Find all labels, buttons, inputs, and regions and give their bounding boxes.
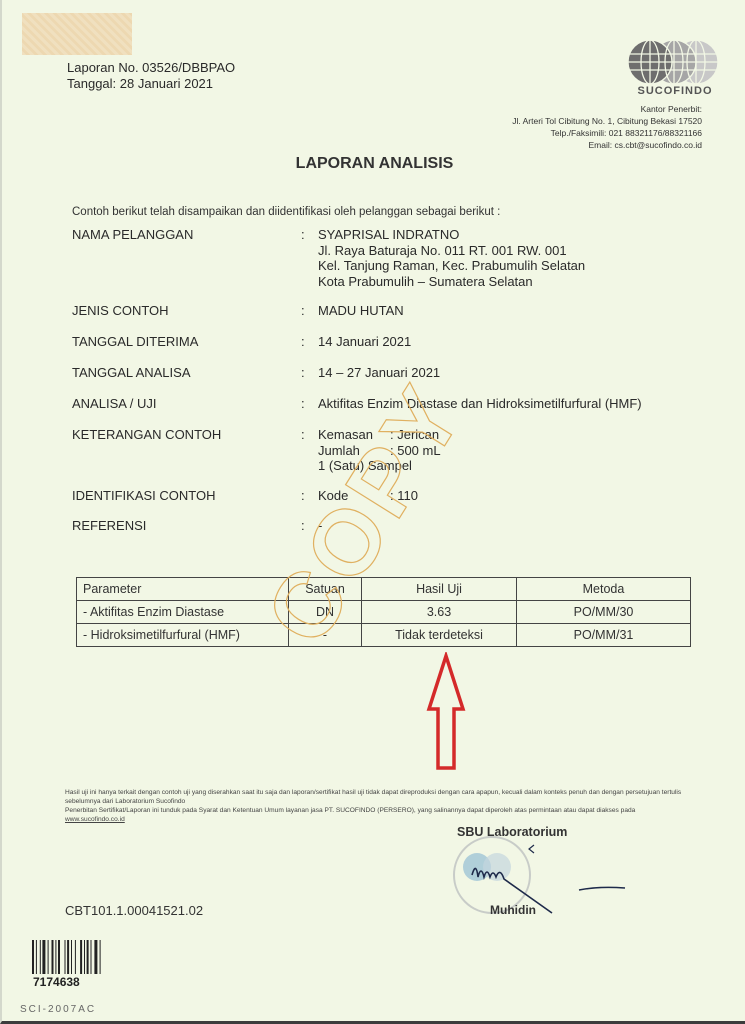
- disclaimer-line-1: Hasil uji ini hanya terkait dengan conto…: [65, 788, 695, 806]
- cell-method: PO/MM/30: [517, 601, 691, 624]
- form-code: SCI-2007AC: [20, 1004, 96, 1015]
- field-value: SYAPRISAL INDRATNO Jl. Raya Baturaja No.…: [318, 227, 585, 289]
- security-stamp: [22, 13, 132, 55]
- report-date: Tanggal: 28 Januari 2021: [67, 76, 235, 92]
- red-up-arrow-icon: [424, 652, 468, 772]
- table-header-row: Parameter Satuan Hasil Uji Metoda: [77, 578, 691, 601]
- amount-value: : 500 mL: [390, 443, 441, 459]
- cell-unit: -: [289, 624, 362, 647]
- report-page: Laporan No. 03526/DBBPAO Tanggal: 28 Jan…: [0, 0, 745, 1024]
- field-value: MADU HUTAN: [318, 303, 404, 319]
- colon: :: [301, 334, 305, 349]
- header-result: Hasil Uji: [362, 578, 517, 601]
- colon: :: [301, 227, 305, 242]
- colon: :: [301, 488, 305, 503]
- brand-name: SUCOFINDO: [616, 85, 734, 97]
- colon: :: [301, 396, 305, 411]
- field-value: 14 – 27 Januari 2021: [318, 365, 440, 381]
- colon: :: [301, 518, 305, 533]
- sample-count: 1 (Satu) Sampel: [318, 458, 441, 474]
- sucofindo-website-link[interactable]: www.sucofindo.co.id: [65, 816, 125, 823]
- colon: :: [301, 365, 305, 380]
- packaging-key: Kemasan: [318, 427, 390, 443]
- field-value: -: [318, 518, 322, 534]
- signer-name: Muhidin: [490, 903, 536, 917]
- amount-key: Jumlah: [318, 443, 390, 459]
- results-table: Parameter Satuan Hasil Uji Metoda - Akti…: [76, 577, 691, 647]
- header-unit: Satuan: [289, 578, 362, 601]
- field-label: KETERANGAN CONTOH: [72, 427, 221, 442]
- field-value: Aktifitas Enzim Diastase dan Hidroksimet…: [318, 396, 642, 412]
- customer-address-2: Kel. Tanjung Raman, Kec. Prabumulih Sela…: [318, 258, 585, 274]
- office-email: Email: cs.cbt@sucofindo.co.id: [512, 139, 702, 151]
- customer-address-3: Kota Prabumulih – Sumatera Selatan: [318, 274, 585, 290]
- field-label: NAMA PELANGGAN: [72, 227, 193, 242]
- header-parameter: Parameter: [77, 578, 289, 601]
- cell-result: Tidak terdeteksi: [362, 624, 517, 647]
- table-row: - Hidroksimetilfurfural (HMF) - Tidak te…: [77, 624, 691, 647]
- colon: :: [301, 303, 305, 318]
- signature-flourish: [577, 884, 627, 894]
- field-label: IDENTIFIKASI CONTOH: [72, 488, 216, 503]
- field-value: 14 Januari 2021: [318, 334, 411, 350]
- report-header: Laporan No. 03526/DBBPAO Tanggal: 28 Jan…: [67, 60, 235, 92]
- page-title: LAPORAN ANALISIS: [2, 155, 745, 173]
- field-label: REFERENSI: [72, 518, 146, 533]
- field-value: Kemasan: Jerican Jumlah: 500 mL 1 (Satu)…: [318, 427, 441, 474]
- customer-address-1: Jl. Raya Baturaja No. 011 RT. 001 RW. 00…: [318, 243, 585, 259]
- disclaimer: Hasil uji ini hanya terkait dengan conto…: [65, 788, 695, 824]
- customer-name: SYAPRISAL INDRATNO: [318, 227, 585, 243]
- cell-parameter: - Hidroksimetilfurfural (HMF): [77, 624, 289, 647]
- office-phone: Telp./Faksimili: 021 88321176/88321166: [512, 127, 702, 139]
- cell-unit: DN: [289, 601, 362, 624]
- document-code: CBT101.1.00041521.02: [65, 903, 203, 918]
- intro-text: Contoh berikut telah disampaikan dan dii…: [72, 206, 500, 218]
- code-key: Kode: [318, 488, 390, 504]
- office-label: Kantor Penerbit:: [512, 103, 702, 115]
- cell-result: 3.63: [362, 601, 517, 624]
- field-label: TANGGAL ANALISA: [72, 365, 191, 380]
- colon: :: [301, 427, 305, 442]
- field-label: JENIS CONTOH: [72, 303, 169, 318]
- header-method: Metoda: [517, 578, 691, 601]
- code-value: : 110: [390, 488, 418, 504]
- field-value: Kode: 110: [318, 488, 418, 504]
- issuing-office: Kantor Penerbit: Jl. Arteri Tol Cibitung…: [512, 103, 702, 151]
- table-row: - Aktifitas Enzim Diastase DN 3.63 PO/MM…: [77, 601, 691, 624]
- barcode-number: 7174638: [33, 975, 80, 989]
- field-label: TANGGAL DITERIMA: [72, 334, 198, 349]
- cell-parameter: - Aktifitas Enzim Diastase: [77, 601, 289, 624]
- field-label: ANALISA / UJI: [72, 396, 157, 411]
- cell-method: PO/MM/31: [517, 624, 691, 647]
- disclaimer-line-2: Penerbitan Sertifikat/Laporan ini tunduk…: [65, 806, 695, 815]
- report-number: Laporan No. 03526/DBBPAO: [67, 60, 235, 76]
- office-address: Jl. Arteri Tol Cibitung No. 1, Cibitung …: [512, 115, 702, 127]
- packaging-value: : Jerican: [390, 427, 439, 443]
- barcode-icon: [32, 940, 110, 974]
